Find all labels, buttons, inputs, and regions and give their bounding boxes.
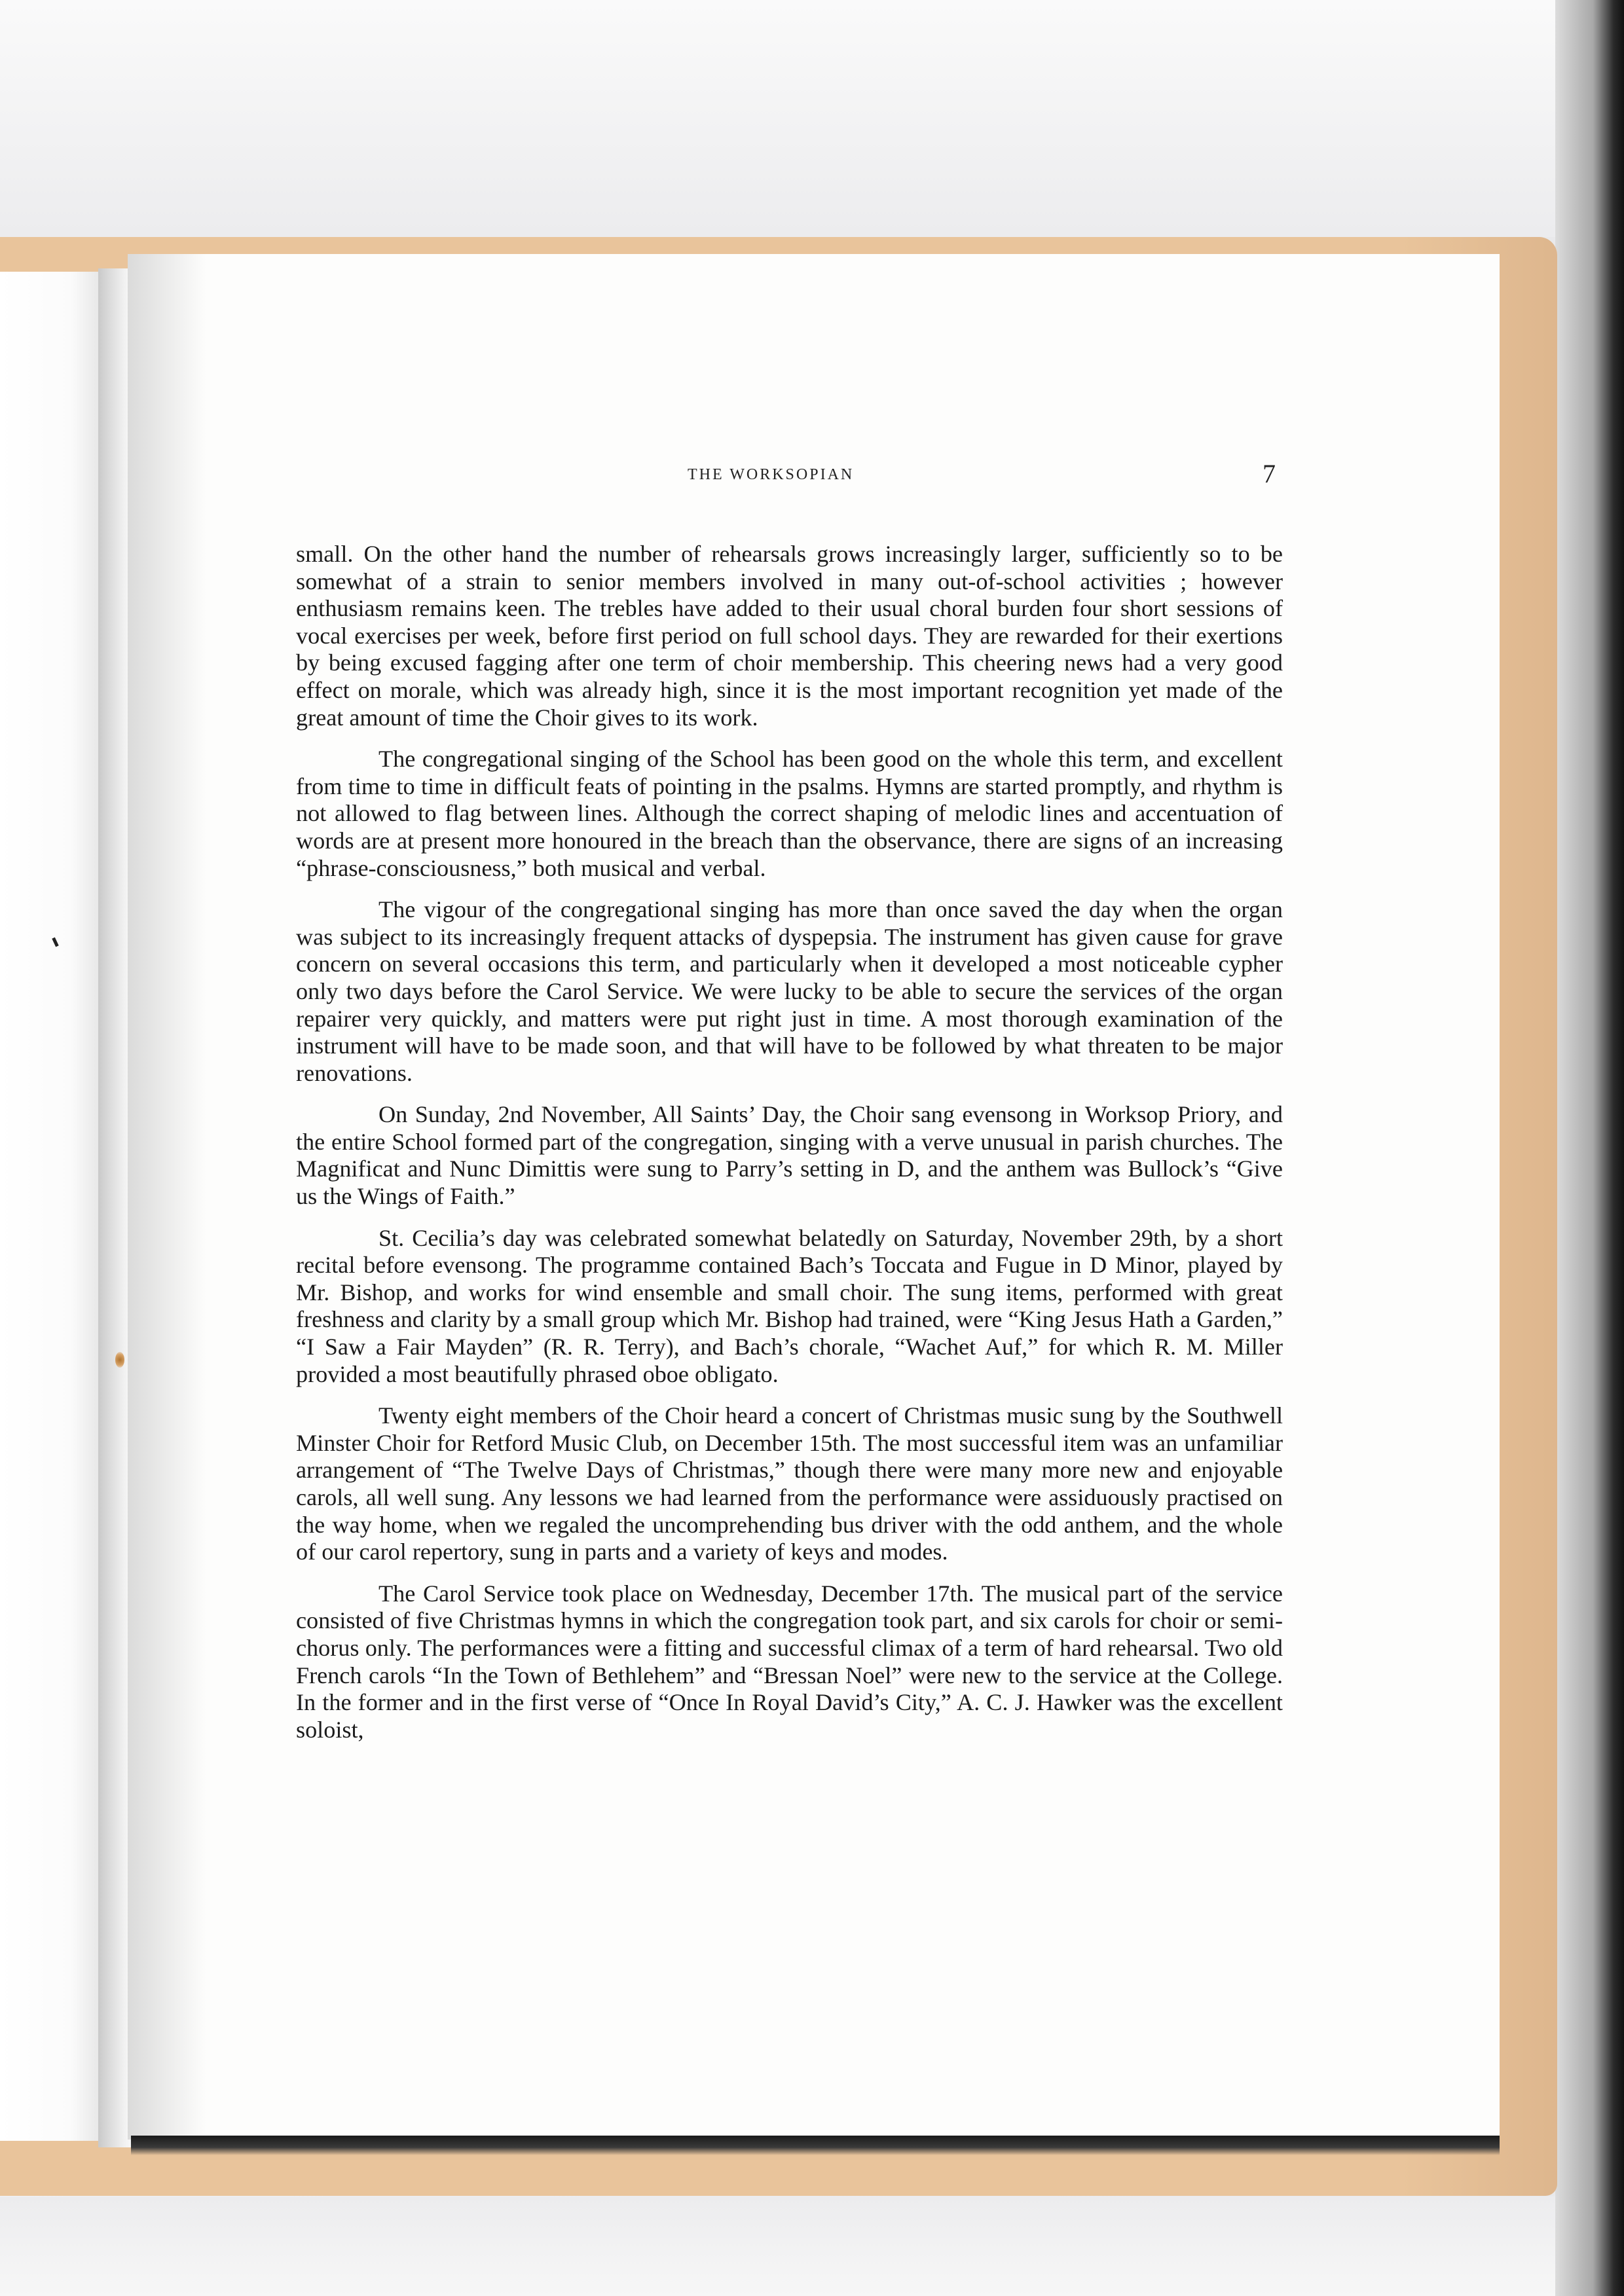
running-head: THE WORKSOPIAN <box>688 466 854 484</box>
paragraph: The Carol Service took place on Wednesda… <box>296 1580 1283 1744</box>
page-number: 7 <box>1263 458 1276 489</box>
paragraph: On Sunday, 2nd November, All Saints’ Day… <box>296 1101 1283 1210</box>
scanner-edge-shadow <box>1555 0 1624 2296</box>
paragraph: The congregational singing of the School… <box>296 746 1283 882</box>
stain-mark <box>115 1352 124 1368</box>
facing-page-left <box>0 272 101 2141</box>
paragraph: small. On the other hand the number of r… <box>296 541 1283 731</box>
scanner-background-top <box>0 0 1624 237</box>
paragraph: St. Cecilia’s day was celebrated somewha… <box>296 1225 1283 1389</box>
paragraph: Twenty eight members of the Choir heard … <box>296 1402 1283 1566</box>
page-curve-shadow <box>128 254 206 2140</box>
paragraph: The vigour of the congregational singing… <box>296 896 1283 1087</box>
page-bottom-edge <box>131 2136 1500 2155</box>
body-text: small. On the other hand the number of r… <box>296 541 1283 1758</box>
scanner-background-bottom <box>0 2196 1624 2296</box>
